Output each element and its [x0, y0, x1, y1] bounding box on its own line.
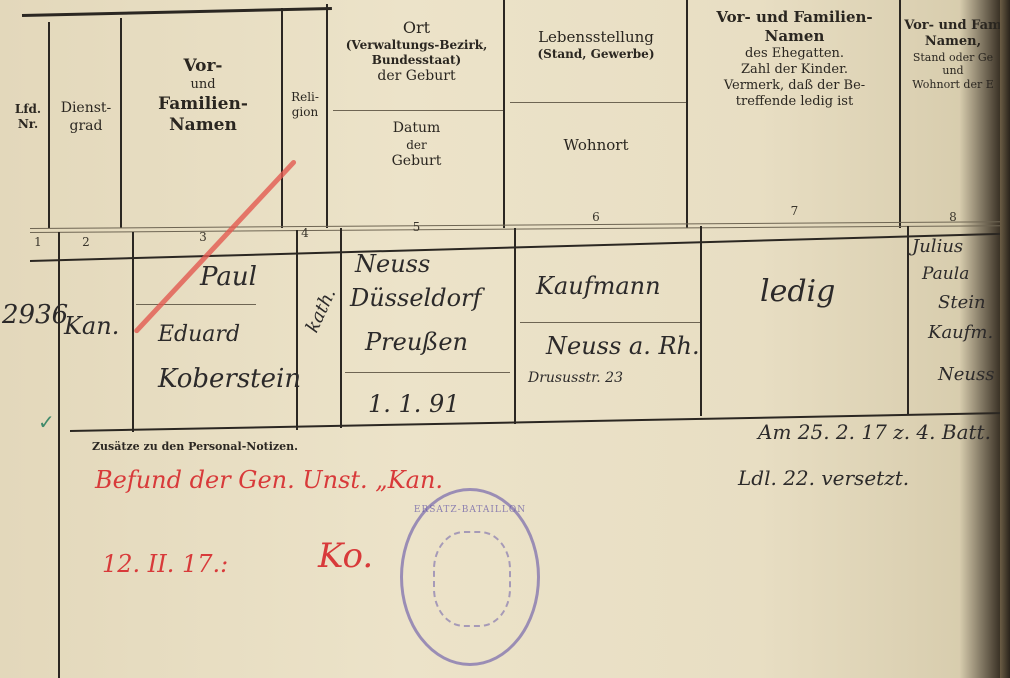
- col-num-5: 5: [330, 220, 503, 234]
- entry-eltern-stand: Kaufm.: [928, 322, 993, 343]
- col-divider: [326, 4, 328, 228]
- notes-red-line1: Befund der Gen. Unst. „Kan.: [95, 466, 443, 494]
- notes-transfer-line2: Ldl. 22. versetzt.: [738, 466, 909, 490]
- col-divider: [514, 228, 516, 424]
- col-divider: [120, 18, 122, 228]
- header-religion: Reli-gion: [284, 90, 326, 120]
- row-subdivider: [520, 322, 700, 323]
- col-divider: [899, 0, 901, 228]
- col-divider: [281, 8, 283, 228]
- entry-geburtsdatum: 1. 1. 91: [368, 390, 460, 418]
- col-divider: [907, 226, 909, 414]
- col-num-2: 2: [52, 235, 120, 249]
- entry-geburtsort: Neuss: [355, 250, 430, 278]
- notes-red-signature: Ko.: [318, 536, 373, 576]
- entry-bundesstaat: Preußen: [365, 328, 468, 356]
- entry-dienstgrad: Kan.: [64, 312, 119, 340]
- entry-eltern-wohnort: Neuss: [938, 364, 994, 385]
- header-geburtsdatum: Datum der Geburt: [330, 120, 503, 170]
- header-dienstgrad: Dienst-grad: [52, 100, 120, 135]
- stamp-emblem-icon: [433, 531, 511, 627]
- header-eltern: Vor- und Fam Namen, Stand oder Ge und Wo…: [903, 18, 1003, 92]
- col-divider: [296, 230, 298, 430]
- col-divider: [700, 226, 702, 416]
- col-divider: [686, 0, 688, 228]
- entry-strasse: Drususstr. 23: [528, 370, 623, 386]
- row-subdivider: [345, 372, 510, 373]
- name-underline: [136, 304, 256, 305]
- col-num-7: 7: [690, 204, 899, 218]
- top-rule: [22, 7, 332, 17]
- entry-bezirk: Düsseldorf: [350, 284, 481, 312]
- entry-vorname: Paul: [200, 262, 257, 292]
- notes-transfer-line1: Am 25. 2. 17 z. 4. Batt.: [758, 420, 991, 444]
- entry-religion: kath.: [302, 285, 341, 336]
- header-lebensstellung: Lebensstellung (Stand, Gewerbe): [506, 28, 686, 62]
- col-num-4: 4: [284, 226, 326, 240]
- header-ehegatte: Vor- und Familien- Namen des Ehegatten. …: [690, 8, 899, 111]
- entry-mittelname: Eduard: [158, 322, 240, 347]
- header-namen: Vor- und Familien- Namen: [125, 56, 281, 136]
- header-lfd-nr: Lfd.Nr.: [8, 102, 48, 132]
- header-subdivider: [510, 102, 686, 103]
- red-strikethrough: [133, 159, 297, 334]
- entry-eltern-vater: Julius: [912, 236, 963, 257]
- col-num-6: 6: [506, 210, 686, 224]
- entry-eltern-geburtsname: Stein: [938, 292, 986, 313]
- entry-wohnort: Neuss a. Rh.: [546, 332, 700, 360]
- header-wohnort: Wohnort: [506, 136, 686, 155]
- entry-lfd-nr: 2936: [2, 300, 68, 330]
- book-spine-shadow: [1000, 0, 1010, 678]
- entry-stand: Kaufmann: [536, 272, 661, 300]
- col-divider: [48, 22, 50, 228]
- official-stamp: ERSATZ-BATAILLON: [400, 488, 540, 666]
- col-divider: [503, 0, 505, 228]
- register-page: Lfd.Nr. Dienst-grad Vor- und Familien- N…: [0, 0, 1010, 678]
- col-divider: [340, 228, 342, 428]
- notes-label: Zusätze zu den Personal-Notizen.: [92, 440, 298, 453]
- col-num-1: 1: [28, 235, 48, 249]
- col-num-8: 8: [903, 210, 1003, 224]
- entry-familienname: Koberstein: [158, 364, 301, 394]
- check-mark-icon: ✓: [38, 410, 55, 434]
- header-subdivider: [333, 110, 503, 111]
- col-num-3: 3: [125, 230, 281, 244]
- entry-ehegatte: ledig: [760, 274, 835, 309]
- header-geburtsort: Ort (Verwaltungs-Bezirk, Bundesstaat) de…: [330, 18, 503, 86]
- col-divider: [58, 232, 60, 678]
- notes-red-line2: 12. II. 17.:: [102, 550, 228, 578]
- entry-eltern-mutter: Paula: [922, 264, 969, 284]
